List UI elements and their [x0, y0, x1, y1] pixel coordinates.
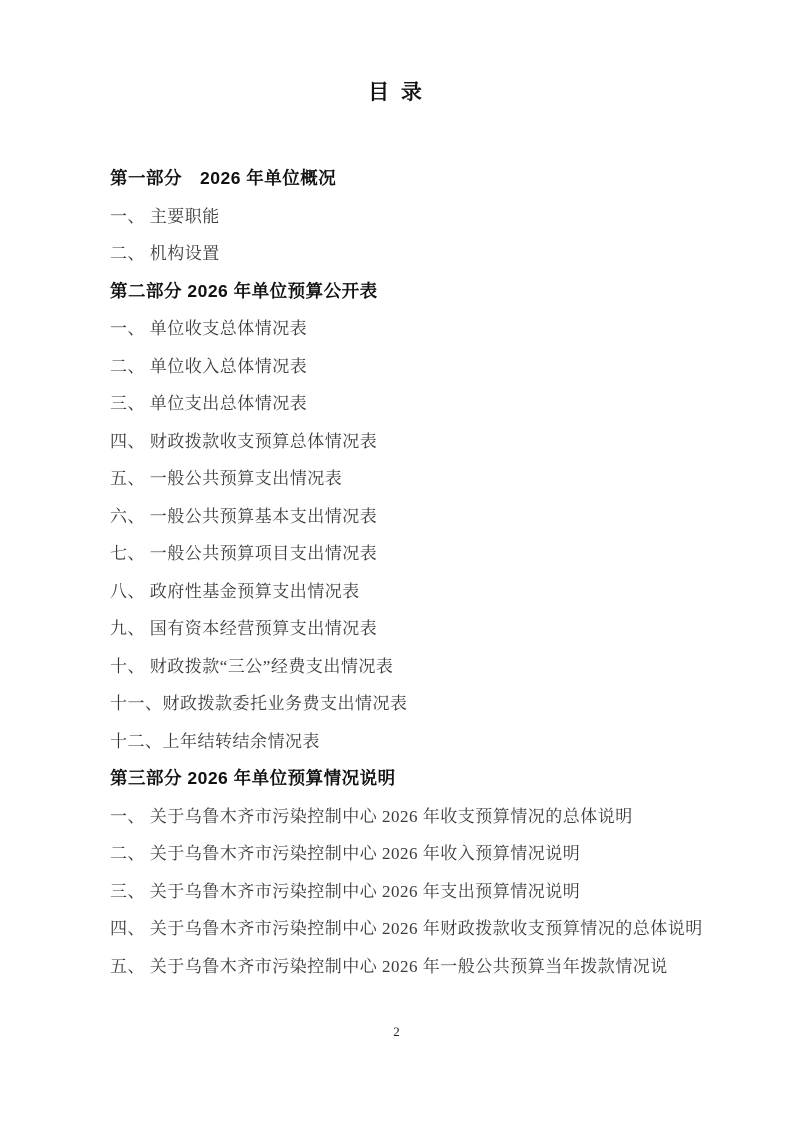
toc-entry: 四、 关于乌鲁木齐市污染控制中心 2026 年财政拨款收支预算情况的总体说明	[76, 910, 717, 948]
toc-entry: 八、 政府性基金预算支出情况表	[76, 573, 717, 611]
toc-entry: 四、 财政拨款收支预算总体情况表	[76, 423, 717, 461]
toc-entry: 一、 关于乌鲁木齐市污染控制中心 2026 年收支预算情况的总体说明	[76, 798, 717, 836]
toc-section-heading: 第一部分 2026 年单位概况	[76, 160, 717, 198]
toc-entry: 一、 单位收支总体情况表	[76, 310, 717, 348]
toc-entry: 三、 关于乌鲁木齐市污染控制中心 2026 年支出预算情况说明	[76, 873, 717, 911]
toc-entry: 九、 国有资本经营预算支出情况表	[76, 610, 717, 648]
toc-entry: 二、 关于乌鲁木齐市污染控制中心 2026 年收入预算情况说明	[76, 835, 717, 873]
toc-entry: 十、 财政拨款“三公”经费支出情况表	[76, 648, 717, 686]
toc-section-heading: 第三部分 2026 年单位预算情况说明	[76, 760, 717, 798]
toc-entry: 五、 关于乌鲁木齐市污染控制中心 2026 年一般公共预算当年拨款情况说	[76, 948, 717, 986]
toc-entry: 一、 主要职能	[76, 198, 717, 236]
toc-entry: 二、 单位收入总体情况表	[76, 348, 717, 386]
toc-entry: 三、 单位支出总体情况表	[76, 385, 717, 423]
toc-entry: 七、 一般公共预算项目支出情况表	[76, 535, 717, 573]
table-of-contents: 第一部分 2026 年单位概况 一、 主要职能 二、 机构设置 第二部分 202…	[76, 160, 717, 985]
toc-entry: 十二、上年结转结余情况表	[76, 723, 717, 761]
toc-entry: 十一、财政拨款委托业务费支出情况表	[76, 685, 717, 723]
document-page: 目 录 第一部分 2026 年单位概况 一、 主要职能 二、 机构设置 第二部分…	[0, 0, 793, 1122]
toc-entry: 六、 一般公共预算基本支出情况表	[76, 498, 717, 536]
toc-entry: 二、 机构设置	[76, 235, 717, 273]
toc-entry: 五、 一般公共预算支出情况表	[76, 460, 717, 498]
page-title: 目 录	[0, 0, 793, 108]
page-number: 2	[0, 1022, 793, 1042]
toc-section-heading: 第二部分 2026 年单位预算公开表	[76, 273, 717, 311]
